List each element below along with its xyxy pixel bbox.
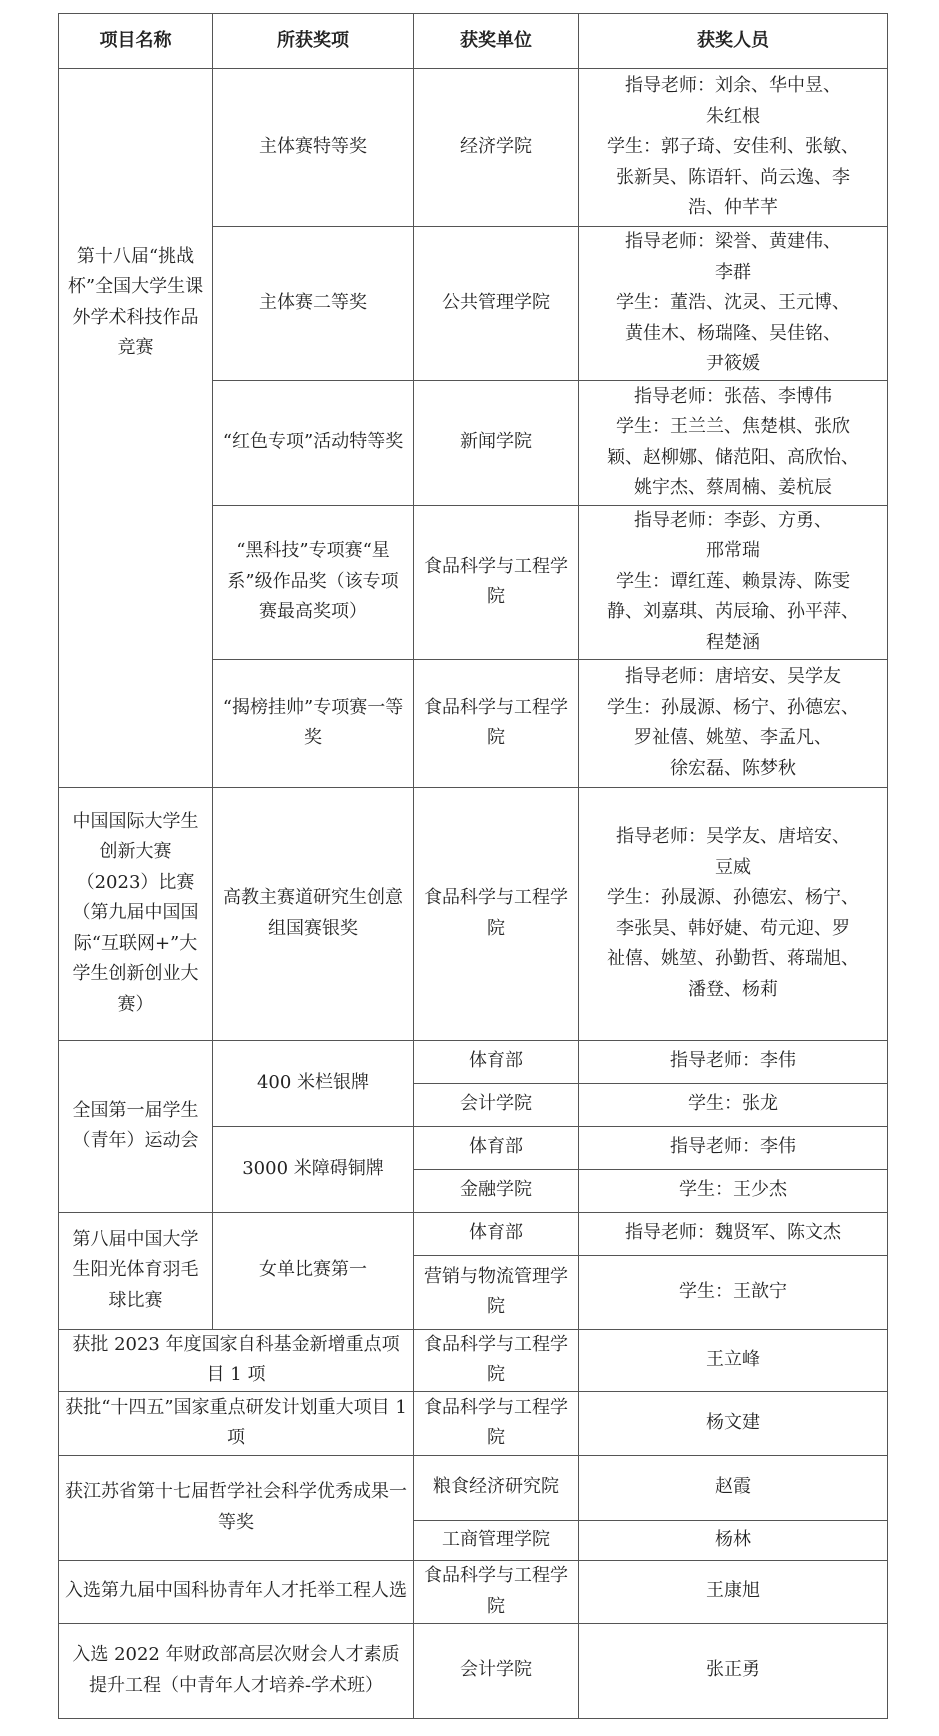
unit-cell: 金融学院 [414,1169,579,1212]
header-people: 获奖人员 [579,14,888,69]
people-cell: 指导老师：梁誉、黄建伟、 李群 学生：董浩、沈灵、王元博、 黄佳木、杨瑞隆、吴佳… [579,227,888,381]
people-line: 朱红根 [585,102,881,133]
people-cell: 指导老师：张蓓、李博伟 学生：王兰兰、焦楚棋、张欣 颖、赵柳娜、储范阳、高欣怡、… [579,380,888,505]
unit-cell: 食品科学与工程学院 [414,1391,579,1455]
item-cell: 获批“十四五”国家重点研发计划重大项目 1 项 [59,1391,414,1455]
people-line: 静、刘嘉琪、芮辰瑜、孙平萍、 [585,597,881,628]
people-line: 程楚涵 [585,628,881,659]
table-row: 第十八届“挑战杯”全国大学生课外学术科技作品竞赛 主体赛特等奖 经济学院 指导老… [59,69,888,227]
award-cell: 400 米栏银牌 [213,1040,414,1126]
people-cell: 杨林 [579,1520,888,1560]
header-unit: 获奖单位 [414,14,579,69]
table-row: 获江苏省第十七届哲学社会科学优秀成果一等奖 粮食经济研究院 赵霞 [59,1455,888,1520]
unit-cell: 会计学院 [414,1623,579,1718]
people-line: 学生：王兰兰、焦楚棋、张欣 [585,412,881,443]
people-line: 指导老师：李彭、方勇、 [585,506,881,537]
people-line: 学生：郭子琦、安佳利、张敏、 [585,132,881,163]
table-row: 中国国际大学生创新大赛（2023）比赛（第九届中国国际“互联网+”大学生创新创业… [59,787,888,1040]
table-row: 入选 2022 年财政部高层次财会人才素质提升工程（中青年人才培养-学术班） 会… [59,1623,888,1718]
header-award: 所获奖项 [213,14,414,69]
table-row: 第八届中国大学生阳光体育羽毛球比赛 女单比赛第一 体育部 指导老师：魏贤军、陈文… [59,1212,888,1255]
people-cell: 学生：张龙 [579,1083,888,1126]
people-line: 李群 [585,258,881,289]
people-cell: 王立峰 [579,1329,888,1391]
people-line: 指导老师：梁誉、黄建伟、 [585,227,881,258]
people-cell: 学生：王少杰 [579,1169,888,1212]
people-line: 指导老师：吴学友、唐培安、 [585,822,881,853]
people-cell: 赵霞 [579,1455,888,1520]
people-line: 尹筱媛 [585,349,881,380]
project-cell: 第十八届“挑战杯”全国大学生课外学术科技作品竞赛 [59,69,213,788]
people-line: 徐宏磊、陈梦秋 [585,754,881,785]
people-cell: 张正勇 [579,1623,888,1718]
unit-cell: 工商管理学院 [414,1520,579,1560]
people-line: 学生：谭红莲、赖景涛、陈雯 [585,567,881,598]
table-row: 全国第一届学生（青年）运动会 400 米栏银牌 体育部 指导老师：李伟 [59,1040,888,1083]
people-line: 颖、赵柳娜、储范阳、高欣怡、 [585,443,881,474]
people-cell: 王康旭 [579,1560,888,1623]
people-cell: 指导老师：唐培安、吴学友 学生：孙晟源、杨宁、孙德宏、 罗祉僖、姚堃、李孟凡、 … [579,659,888,787]
unit-cell: 粮食经济研究院 [414,1455,579,1520]
unit-cell: 会计学院 [414,1083,579,1126]
people-cell: 学生：王歆宁 [579,1255,888,1329]
award-cell: 女单比赛第一 [213,1212,414,1329]
people-cell: 指导老师：李伟 [579,1126,888,1169]
people-line: 邢常瑞 [585,536,881,567]
people-cell: 指导老师：魏贤军、陈文杰 [579,1212,888,1255]
people-line: 姚宇杰、蔡周楠、姜杭辰 [585,473,881,504]
award-cell: “揭榜挂帅”专项赛一等奖 [213,659,414,787]
people-line: 指导老师：唐培安、吴学友 [585,662,881,693]
people-line: 浩、仲芊芊 [585,193,881,224]
unit-cell: 新闻学院 [414,380,579,505]
people-line: 学生：孙晟源、杨宁、孙德宏、 [585,693,881,724]
people-line: 指导老师：张蓓、李博伟 [585,382,881,413]
unit-cell: 食品科学与工程学院 [414,1329,579,1391]
award-cell: 高教主赛道研究生创意组国赛银奖 [213,787,414,1040]
header-row: 项目名称 所获奖项 获奖单位 获奖人员 [59,14,888,69]
people-line: 潘登、杨莉 [585,975,881,1006]
unit-cell: 食品科学与工程学院 [414,1560,579,1623]
awards-table: 项目名称 所获奖项 获奖单位 获奖人员 第十八届“挑战杯”全国大学生课外学术科技… [58,13,888,1719]
unit-cell: 体育部 [414,1212,579,1255]
unit-cell: 食品科学与工程学院 [414,505,579,659]
people-line: 学生：孙晟源、孙德宏、杨宁、 [585,883,881,914]
people-line: 指导老师：刘余、华中昱、 [585,71,881,102]
award-cell: 3000 米障碍铜牌 [213,1126,414,1212]
people-line: 豆威 [585,853,881,884]
unit-cell: 食品科学与工程学院 [414,659,579,787]
unit-cell: 经济学院 [414,69,579,227]
people-cell: 杨文建 [579,1391,888,1455]
item-cell: 获江苏省第十七届哲学社会科学优秀成果一等奖 [59,1455,414,1560]
item-cell: 入选 2022 年财政部高层次财会人才素质提升工程（中青年人才培养-学术班） [59,1623,414,1718]
people-line: 学生：董浩、沈灵、王元博、 [585,288,881,319]
people-line: 罗祉僖、姚堃、李孟凡、 [585,723,881,754]
project-cell: 中国国际大学生创新大赛（2023）比赛（第九届中国国际“互联网+”大学生创新创业… [59,787,213,1040]
people-cell: 指导老师：李彭、方勇、 邢常瑞 学生：谭红莲、赖景涛、陈雯 静、刘嘉琪、芮辰瑜、… [579,505,888,659]
table-row: 获批“十四五”国家重点研发计划重大项目 1 项 食品科学与工程学院 杨文建 [59,1391,888,1455]
header-project: 项目名称 [59,14,213,69]
table-row: 入选第九届中国科协青年人才托举工程人选 食品科学与工程学院 王康旭 [59,1560,888,1623]
project-cell: 第八届中国大学生阳光体育羽毛球比赛 [59,1212,213,1329]
people-cell: 指导老师：吴学友、唐培安、 豆威 学生：孙晟源、孙德宏、杨宁、 李张昊、韩妤婕、… [579,787,888,1040]
people-line: 黄佳木、杨瑞隆、吴佳铭、 [585,319,881,350]
item-cell: 入选第九届中国科协青年人才托举工程人选 [59,1560,414,1623]
people-line: 祉僖、姚堃、孙勤哲、蒋瑞旭、 [585,944,881,975]
unit-cell: 营销与物流管理学院 [414,1255,579,1329]
people-cell: 指导老师：李伟 [579,1040,888,1083]
table-row: 获批 2023 年度国家自科基金新增重点项目 1 项 食品科学与工程学院 王立峰 [59,1329,888,1391]
unit-cell: 食品科学与工程学院 [414,787,579,1040]
people-line: 李张昊、韩妤婕、苟元迎、罗 [585,914,881,945]
award-cell: 主体赛二等奖 [213,227,414,381]
people-cell: 指导老师：刘余、华中昱、 朱红根 学生：郭子琦、安佳利、张敏、 张新昊、陈语轩、… [579,69,888,227]
people-line: 张新昊、陈语轩、尚云逸、李 [585,163,881,194]
award-cell: “红色专项”活动特等奖 [213,380,414,505]
unit-cell: 体育部 [414,1040,579,1083]
item-cell: 获批 2023 年度国家自科基金新增重点项目 1 项 [59,1329,414,1391]
unit-cell: 体育部 [414,1126,579,1169]
project-cell: 全国第一届学生（青年）运动会 [59,1040,213,1212]
award-cell: 主体赛特等奖 [213,69,414,227]
unit-cell: 公共管理学院 [414,227,579,381]
award-cell: “黑科技”专项赛“星系”级作品奖（该专项赛最高奖项） [213,505,414,659]
